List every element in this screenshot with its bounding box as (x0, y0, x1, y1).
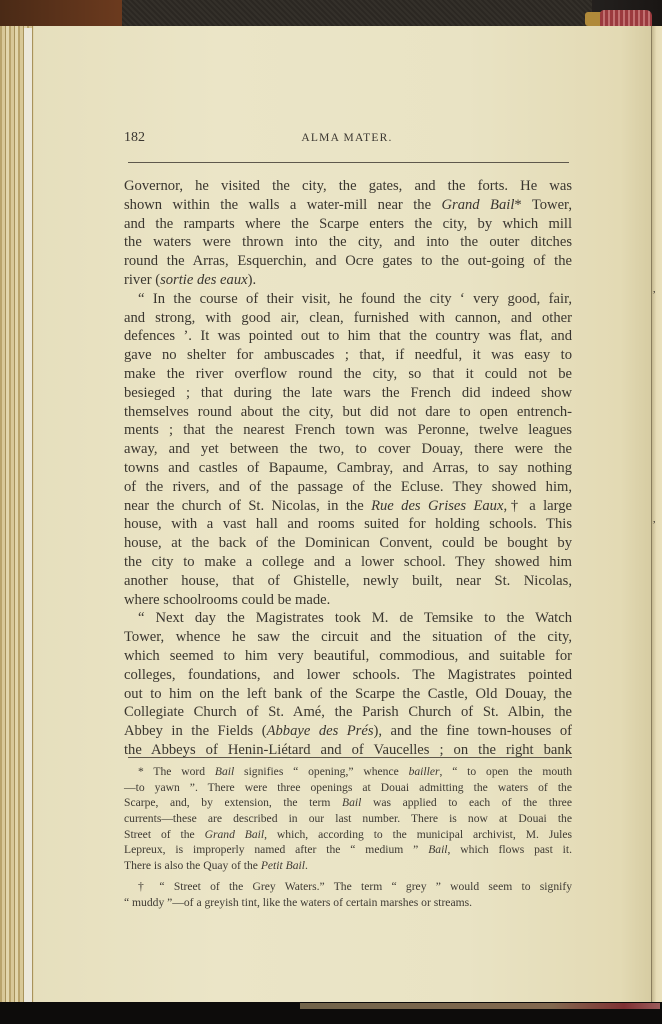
text-line: ments ; that the nearest French town was… (124, 421, 572, 440)
footnote-line: Street of the Grand Bail, which, accordi… (124, 827, 572, 843)
text-line: river (sortie des eaux). (124, 271, 572, 290)
text-line: round the Arras, Esquerchin, and Ocre ga… (124, 252, 572, 271)
text-line: colleges, foundations, and lower schools… (124, 666, 572, 685)
text-line: gave no shelter for ambuscades ; that, i… (124, 346, 572, 365)
footnote-line: Lepreux, is improperly named after the “… (124, 842, 572, 858)
text-line: themselves round about the city, but did… (124, 403, 572, 422)
text-line: defences ’. It was pointed out to him th… (124, 327, 572, 346)
text-line: which seemed to him very beautiful, comm… (124, 647, 572, 666)
page-stack-left (0, 26, 34, 1004)
header-rule (128, 162, 569, 163)
text-line: besieged ; that during the late wars the… (124, 384, 572, 403)
edge-mark: , (653, 284, 656, 295)
footnotes: * The word Bail signifies “ opening,” wh… (124, 764, 572, 910)
book-cover-bottom (0, 1002, 662, 1024)
footnote-rule (128, 757, 572, 758)
body-text: Governor, he visited the city, the gates… (124, 177, 572, 760)
running-title: ALMA MATER. (124, 132, 570, 144)
text-line: “ In the course of their visit, he found… (124, 290, 572, 309)
text-line: and the ramparts where the Scarpe enters… (124, 215, 572, 234)
footnote-line: “ muddy ”—of a greyish tint, like the wa… (124, 895, 572, 911)
text-line: Tower, whence he saw the circuit and the… (124, 628, 572, 647)
running-header: 182 ALMA MATER. (124, 130, 570, 150)
text-line: make the river overflow round the city, … (124, 365, 572, 384)
text-line: and strong, with good air, clean, furnis… (124, 309, 572, 328)
page-edges-bottom (300, 1003, 660, 1009)
text-line: the waters were thrown into the city, an… (124, 233, 572, 252)
text-line: where schoolrooms could be made. (124, 591, 572, 610)
page-edge (24, 28, 32, 1002)
edge-mark: , (653, 514, 656, 525)
text-line: near the church of St. Nicolas, in the R… (124, 497, 572, 516)
footnote-line: † “ Street of the Grey Waters.” The term… (124, 879, 572, 895)
text-line: Collegiate Church of St. Amé, the Parish… (124, 703, 572, 722)
page-right-edge: , , (651, 26, 662, 1004)
text-line: house, at the back of the Dominican Conv… (124, 534, 572, 553)
text-line: away, and yet between the two, to cover … (124, 440, 572, 459)
text-line: Abbey in the Fields (Abbaye des Prés), a… (124, 722, 572, 741)
book-cover-top (0, 0, 662, 26)
footnote-line: currents—these are described in our last… (124, 811, 572, 827)
text-line: shown within the walls a water-mill near… (124, 196, 572, 215)
cover-texture (122, 0, 592, 26)
text-line: of the rivers, and of the passage of the… (124, 478, 572, 497)
footnote-line: * The word Bail signifies “ opening,” wh… (124, 764, 572, 780)
text-line: “ Next day the Magistrates took M. de Te… (124, 609, 572, 628)
text-line: out to him on the left bank of the Scarp… (124, 685, 572, 704)
footnote: * The word Bail signifies “ opening,” wh… (124, 764, 572, 874)
footnote-line: —to yawn ”. There were three openings at… (124, 780, 572, 796)
footnote: † “ Street of the Grey Waters.” The term… (124, 879, 572, 910)
text-line: towns and castles of Bapaume, Cambray, a… (124, 459, 572, 478)
footnote-line: Scarpe, and, by extension, the term Bail… (124, 795, 572, 811)
text-line: house, with a vast hall and rooms suited… (124, 515, 572, 534)
bookmark-ribbon (600, 10, 652, 26)
text-line: the city to make a college and a lower s… (124, 553, 572, 572)
text-line: Governor, he visited the city, the gates… (124, 177, 572, 196)
text-line: another house, that of Ghistelle, newly … (124, 572, 572, 591)
footnote-line: There is also the Quay of the Petit Bail… (124, 858, 572, 874)
